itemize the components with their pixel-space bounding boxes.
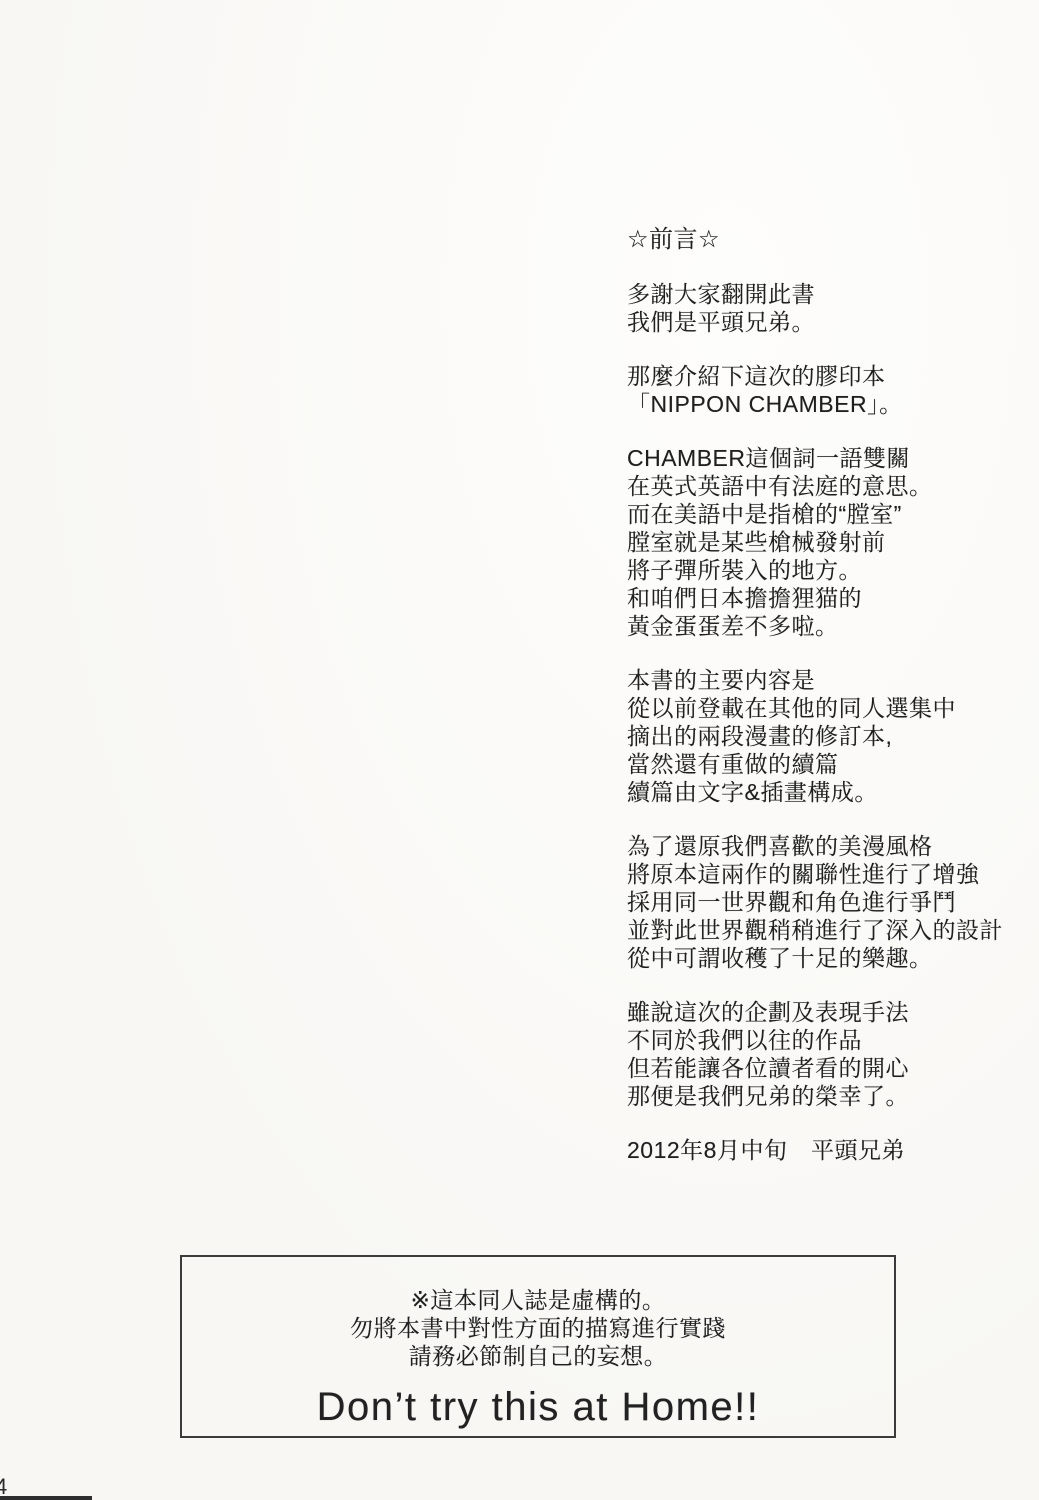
preface-line: 「NIPPON CHAMBER」。 [627, 390, 1027, 418]
preface-paragraph-greeting: 多謝大家翻開此書 我們是平頭兄弟。 [627, 280, 1027, 336]
signoff-date-author: 2012年8月中旬 平頭兄弟 [627, 1136, 1027, 1164]
preface-line: 黃金蛋蛋差不多啦。 [627, 612, 1027, 640]
preface-title: ☆前言☆ [627, 226, 1027, 254]
preface-line: 多謝大家翻開此書 [627, 280, 1027, 308]
preface-line: 我們是平頭兄弟。 [627, 308, 1027, 336]
disclaimer-line: ※這本同人誌是虛構的。 [182, 1286, 894, 1314]
preface-line: 膛室就是某些槍械發射前 [627, 528, 1027, 556]
preface-line: 從中可謂收穫了十足的樂趣。 [627, 944, 1027, 972]
preface-line: 和咱們日本擔擔狸猫的 [627, 584, 1027, 612]
preface-paragraph-style: 為了還原我們喜歡的美漫風格 將原本這兩作的關聯性進行了增強 採用同一世界觀和角色… [627, 832, 1027, 972]
preface-paragraph-intro: 那麼介紹下這次的膠印本 「NIPPON CHAMBER」。 [627, 362, 1027, 418]
preface-line: 但若能讓各位讀者看的開心 [627, 1054, 1027, 1082]
preface-line: 本書的主要内容是 [627, 666, 1027, 694]
preface-line: 那麼介紹下這次的膠印本 [627, 362, 1027, 390]
preface-line: 續篇由文字&插畫構成。 [627, 778, 1027, 806]
preface-line: 不同於我們以往的作品 [627, 1026, 1027, 1054]
preface-line: 將原本這兩作的關聯性進行了增強 [627, 860, 1027, 888]
preface-line: 在英式英語中有法庭的意思。 [627, 472, 1027, 500]
preface-paragraph-chamber-meaning: CHAMBER這個詞一語雙關 在英式英語中有法庭的意思。 而在美語中是指槍的“膛… [627, 444, 1027, 640]
preface-line: 當然還有重做的續篇 [627, 750, 1027, 778]
preface-line: 雖說這次的企劃及表現手法 [627, 998, 1027, 1026]
scan-edge-artifact [0, 1496, 92, 1500]
preface-paragraph-book-content: 本書的主要内容是 從以前登載在其他的同人選集中 摘出的兩段漫畫的修訂本, 當然還… [627, 666, 1027, 806]
preface-column: ☆前言☆ 多謝大家翻開此書 我們是平頭兄弟。 那麼介紹下這次的膠印本 「NIPP… [627, 226, 1027, 1164]
disclaimer-english-warning: Don’t try this at Home!! [182, 1385, 894, 1429]
preface-line: 為了還原我們喜歡的美漫風格 [627, 832, 1027, 860]
preface-line: 並對此世界觀稍稍進行了深入的設計 [627, 916, 1027, 944]
preface-line: 採用同一世界觀和角色進行爭鬥 [627, 888, 1027, 916]
preface-line: 將子彈所裝入的地方。 [627, 556, 1027, 584]
preface-line: 摘出的兩段漫畫的修訂本, [627, 722, 1027, 750]
preface-line: 那便是我們兄弟的榮幸了。 [627, 1082, 1027, 1110]
preface-line: CHAMBER這個詞一語雙關 [627, 444, 1027, 472]
preface-line: 從以前登載在其他的同人選集中 [627, 694, 1027, 722]
disclaimer-line: 勿將本書中對性方面的描寫進行實踐 [182, 1314, 894, 1342]
disclaimer-line: 請務必節制自己的妄想。 [182, 1342, 894, 1370]
preface-line: 而在美語中是指槍的“膛室” [627, 500, 1027, 528]
disclaimer-box: ※這本同人誌是虛構的。 勿將本書中對性方面的描寫進行實踐 請務必節制自己的妄想。… [180, 1255, 896, 1438]
preface-paragraph-closing: 雖說這次的企劃及表現手法 不同於我們以往的作品 但若能讓各位讀者看的開心 那便是… [627, 998, 1027, 1110]
